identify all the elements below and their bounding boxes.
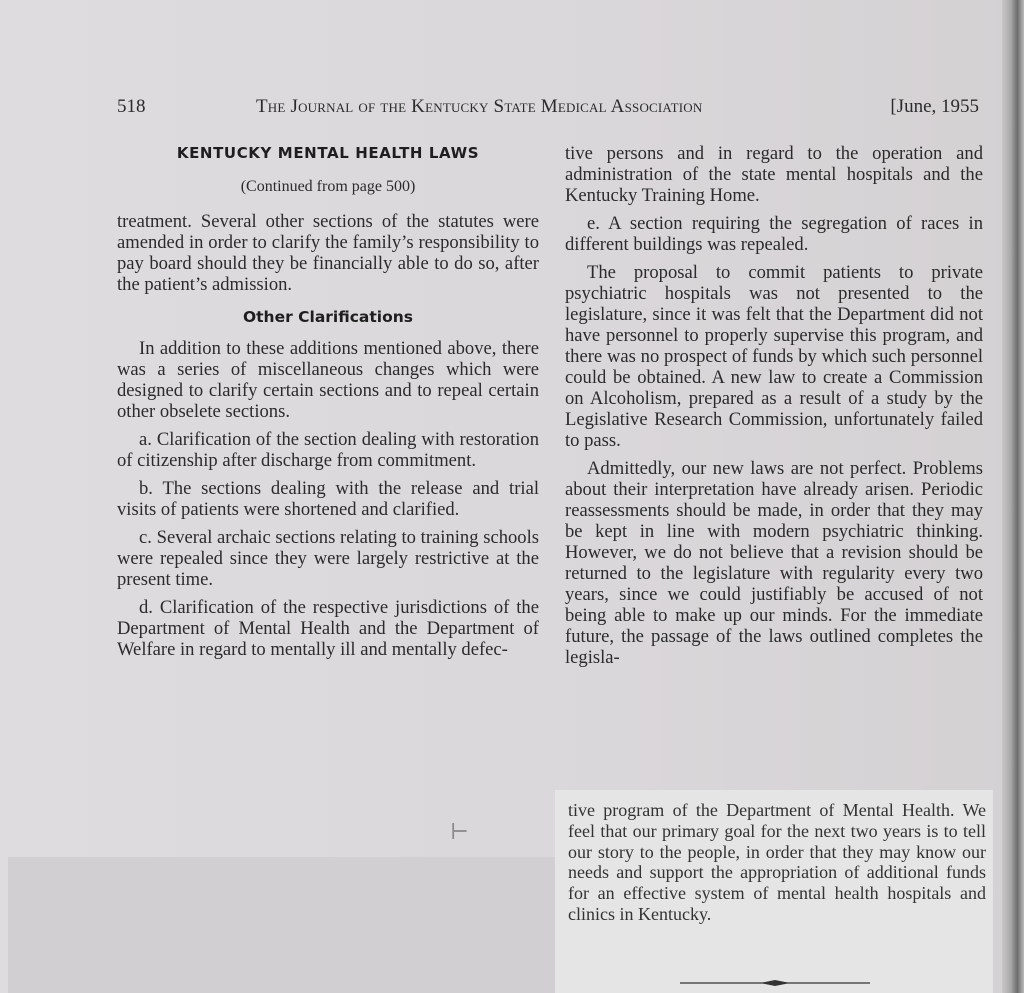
end-rule-ornament-icon (680, 978, 870, 988)
list-item-a: a. Clarification of the section dealing … (117, 429, 539, 471)
list-item-c: c. Several archaic sections relating to … (117, 527, 539, 590)
list-item-b: b. The sections dealing with the release… (117, 478, 539, 520)
article-title: KENTUCKY MENTAL HEALTH LAWS (117, 143, 539, 164)
continued-note: (Continued from page 500) (117, 176, 539, 197)
blank-scan-patch (8, 857, 555, 993)
left-column: KENTUCKY MENTAL HEALTH LAWS (Continued f… (117, 143, 539, 667)
list-item-d: d. Clarification of the respective juris… (117, 597, 539, 660)
section-subheading: Other Clarifications (117, 307, 539, 328)
list-item-e: e. A section requiring the segregation o… (565, 213, 983, 255)
printer-mark-icon: ⊢ (450, 820, 469, 845)
issue-date: [June, 1955 (890, 96, 979, 118)
intro-paragraph: treatment. Several other sections of the… (117, 211, 539, 295)
closing-column: tive program of the Department of Mental… (568, 800, 986, 925)
book-spine-shadow (1002, 0, 1024, 993)
paragraph: The proposal to commit patients to priva… (565, 262, 983, 451)
running-header: 518 The Journal of the Kentucky State Me… (117, 96, 979, 120)
paragraph: Admittedly, our new laws are not perfect… (565, 458, 983, 668)
paragraph: In addition to these additions mentioned… (117, 338, 539, 422)
right-column: tive persons and in regard to the operat… (565, 143, 983, 675)
closing-paragraph: tive program of the Department of Mental… (568, 800, 986, 925)
continuation-paragraph: tive persons and in regard to the operat… (565, 143, 983, 206)
journal-title: The Journal of the Kentucky State Medica… (256, 96, 702, 118)
page-number: 518 (117, 96, 146, 118)
